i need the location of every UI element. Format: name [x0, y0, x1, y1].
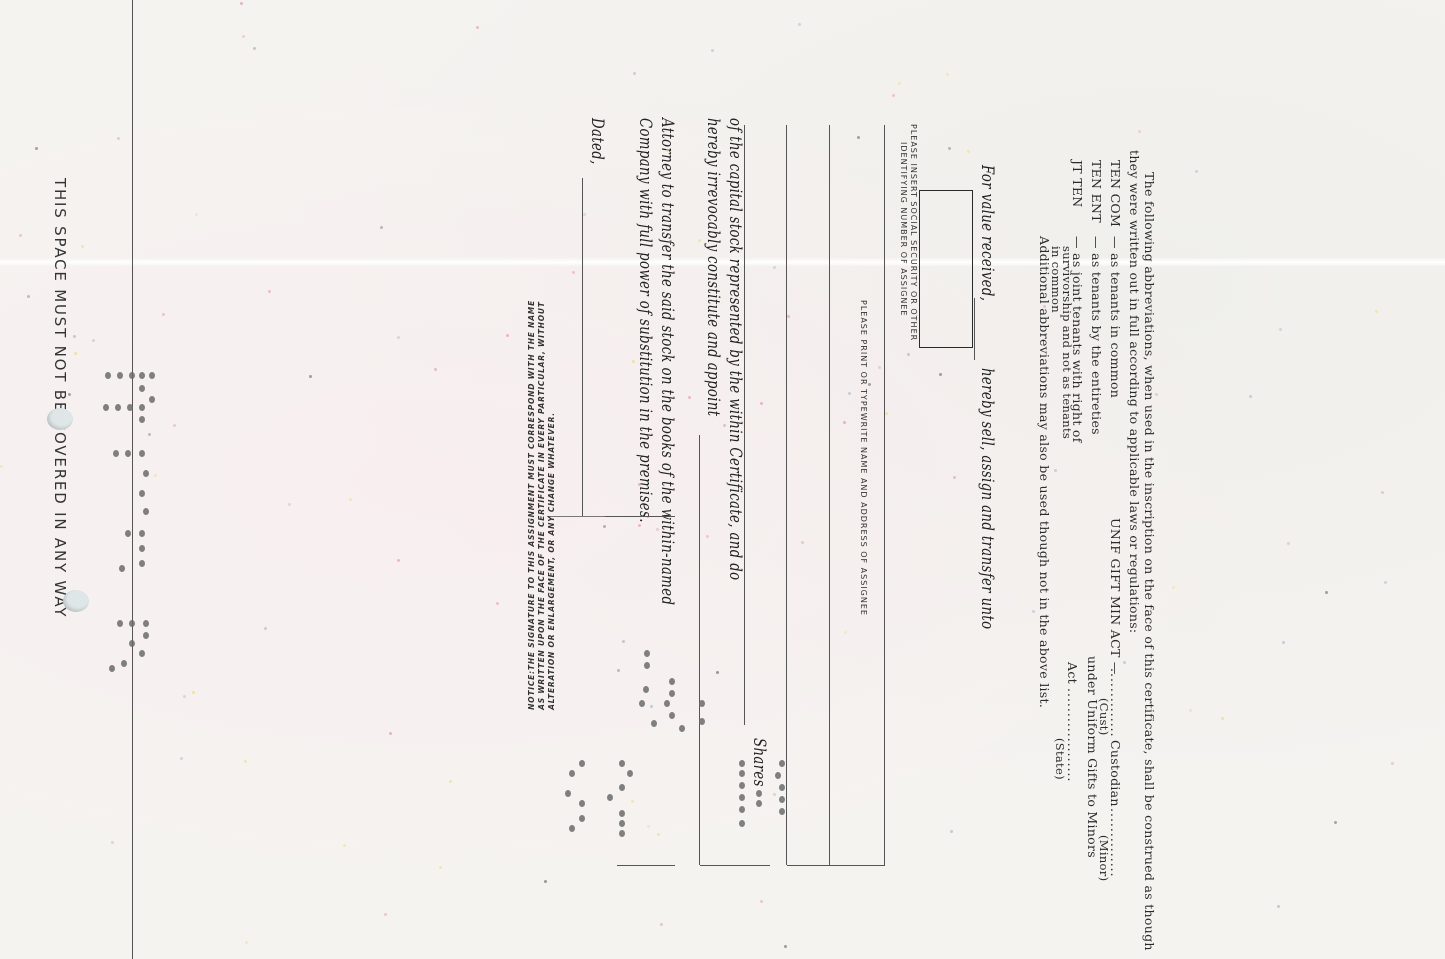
paper-speck	[953, 476, 956, 479]
paper-speck	[647, 825, 650, 828]
paper-speck	[1287, 542, 1290, 545]
notice-line2: AS WRITTEN UPON THE FACE OF THE CERTIFIC…	[537, 300, 547, 710]
scanned-page: The following abbreviations, when used i…	[0, 0, 1445, 959]
paper-speck	[892, 94, 895, 97]
perforation-dot	[109, 665, 115, 672]
paper-speck	[506, 334, 509, 337]
abbr-ten-ent-meaning: — as tenants by the entireties	[1089, 236, 1104, 435]
paper-speck	[162, 313, 165, 316]
perforation-dot	[739, 760, 745, 767]
paper-speck	[397, 559, 400, 562]
perforation-dot	[139, 650, 145, 657]
paper-speck	[1384, 581, 1387, 584]
paper-speck	[843, 421, 846, 424]
abbreviations-intro-line1: The following abbreviations, when used i…	[1142, 172, 1157, 951]
paper-speck	[1334, 821, 1337, 824]
perforation-dot	[149, 396, 155, 403]
perforation-dot	[619, 830, 625, 837]
assignee-name-line-1[interactable]	[884, 125, 885, 865]
perforation-dot	[699, 700, 705, 707]
paper-speck	[632, 360, 635, 363]
paper-speck	[787, 315, 790, 318]
perforation-dot	[643, 686, 649, 693]
perforation-dot	[664, 700, 670, 707]
paper-speck	[73, 335, 76, 338]
name-address-right-rule	[787, 865, 885, 866]
perforation-dot	[775, 772, 781, 779]
paper-speck	[773, 266, 776, 269]
notice-line3: ALTERATION OR ENLARGEMENT, OR ANY CHANGE…	[547, 300, 557, 710]
paper-speck	[384, 913, 387, 916]
notice-line1: THE SIGNATURE TO THIS ASSIGNMENT MUST CO…	[527, 300, 536, 670]
paper-speck	[343, 844, 346, 847]
assignee-ssn-field[interactable]	[919, 190, 973, 348]
perforation-dot	[669, 712, 675, 719]
perforation-dot	[779, 808, 785, 815]
paper-speck	[656, 528, 659, 531]
abbr-ten-com: TEN COM	[1108, 160, 1123, 227]
paper-speck	[264, 627, 267, 630]
perforation-dot	[569, 825, 575, 832]
perforation-dot	[619, 784, 625, 791]
paper-speck	[173, 424, 176, 427]
perforation-dot	[627, 770, 633, 777]
paper-speck	[1032, 610, 1035, 613]
paper-speck	[801, 541, 804, 544]
perforation-dot	[143, 620, 149, 627]
attorney-right-rule	[617, 865, 675, 866]
paper-speck	[711, 49, 714, 52]
assignee-address-line-3[interactable]	[786, 125, 787, 865]
perforation-dot	[607, 794, 613, 801]
shares-label: Shares	[749, 738, 769, 787]
paper-speck	[1375, 310, 1378, 313]
ssn-field-label-line1: PLEASE INSERT SOCIAL SECURITY OR OTHER	[909, 124, 918, 341]
paper-speck	[1282, 641, 1285, 644]
paper-speck	[240, 2, 243, 5]
paper-speck	[0, 465, 3, 468]
paper-speck	[669, 240, 672, 243]
perforation-dot	[139, 404, 145, 411]
perforation-dot	[121, 660, 127, 667]
paper-speck	[760, 402, 763, 405]
paper-speck	[544, 880, 547, 883]
paper-speck	[309, 375, 312, 378]
paper-speck	[253, 47, 256, 50]
perforation-dot	[149, 372, 155, 379]
paper-speck	[476, 26, 479, 29]
for-value-received-blank	[974, 298, 975, 360]
abbr-ten-com-meaning: — as tenants in common	[1108, 236, 1123, 398]
perforation-dot	[143, 470, 149, 477]
paper-speck	[244, 760, 247, 763]
paper-speck	[1138, 130, 1141, 133]
paper-speck	[885, 412, 888, 415]
paper-speck	[245, 941, 248, 944]
paper-speck	[380, 226, 383, 229]
unif-gift-state-caption: (State)	[1053, 738, 1067, 780]
perforation-dot	[739, 782, 745, 789]
perforation-dot	[739, 794, 745, 801]
paper-speck	[1249, 395, 1252, 398]
shares-right-rule	[700, 865, 770, 866]
paper-speck	[268, 290, 271, 293]
paper-speck	[434, 368, 437, 371]
paper-speck	[1391, 762, 1394, 765]
perforation-dot	[125, 450, 131, 457]
perforation-dot	[143, 508, 149, 515]
paper-speck	[617, 669, 620, 672]
paper-speck	[1189, 709, 1192, 712]
paper-speck	[798, 23, 801, 26]
paper-speck	[195, 213, 198, 216]
abbreviations-intro-line2: they were written out in full according …	[1127, 150, 1142, 633]
paper-speck	[35, 147, 38, 150]
dated-label: Dated,	[587, 118, 607, 165]
perforation-dot	[117, 372, 123, 379]
paper-speck	[660, 923, 663, 926]
perforation-dot	[739, 806, 745, 813]
paper-speck	[706, 535, 709, 538]
perforation-dot	[739, 770, 745, 777]
perforation-dot	[139, 372, 145, 379]
unif-gift-act-label: Act	[1065, 662, 1080, 684]
paper-speck	[439, 866, 442, 869]
paper-speck	[19, 234, 22, 237]
perforation-dot	[113, 450, 119, 457]
perforation-dot	[579, 760, 585, 767]
unif-gift-min-act-label: UNIF GIFT MIN ACT —	[1108, 518, 1123, 675]
perforation-dot	[756, 790, 762, 797]
paper-speck	[622, 640, 625, 643]
paper-speck	[631, 800, 634, 803]
perforation-dot	[779, 784, 785, 791]
paper-speck	[572, 271, 575, 274]
paper-speck	[183, 695, 186, 698]
perforation-dot	[669, 690, 675, 697]
paper-speck	[688, 396, 691, 399]
perforation-dot	[756, 800, 762, 807]
paper-speck	[1277, 905, 1280, 908]
perforation-dot	[139, 450, 145, 457]
paper-speck	[180, 757, 183, 760]
perforation-dot	[579, 800, 585, 807]
perforation-dot	[779, 796, 785, 803]
paper-speck	[27, 295, 30, 298]
paper-speck	[698, 239, 701, 242]
perforation-dot	[139, 385, 145, 392]
capital-stock-line: of the capital stock represented by the …	[725, 118, 745, 580]
unif-gift-state-dots: ...................	[1065, 688, 1080, 783]
perforation-dot	[569, 770, 575, 777]
perforation-dot	[139, 416, 145, 423]
sell-assign-transfer-text: hereby sell, assign and transfer unto	[977, 368, 997, 630]
for-value-received-text: For value received,	[977, 165, 997, 301]
paper-speck	[898, 82, 901, 85]
paper-speck	[950, 830, 953, 833]
paper-speck	[633, 72, 636, 75]
paper-speck	[449, 780, 452, 783]
perforation-dot	[103, 404, 109, 411]
paper-speck	[1043, 305, 1046, 308]
perforation-dot	[579, 815, 585, 822]
perforation-dot	[619, 820, 625, 827]
paper-speck	[192, 691, 195, 694]
attorney-name-blank[interactable]	[699, 435, 700, 865]
perforation-dot	[669, 678, 675, 685]
paper-speck	[1195, 170, 1198, 173]
paper-speck	[878, 366, 881, 369]
perforation-dot	[115, 404, 121, 411]
paper-speck	[666, 149, 669, 152]
perforation-dot	[117, 620, 123, 627]
paper-speck	[723, 424, 726, 427]
paper-speck	[583, 213, 586, 216]
paper-speck	[288, 503, 291, 506]
paper-speck	[349, 498, 352, 501]
unif-gift-under-text: under Uniform Gifts to Minors	[1085, 656, 1100, 858]
perforation-dot	[739, 820, 745, 827]
unif-gift-custodian: Custodian	[1108, 740, 1123, 807]
attorney-transfer-line: Attorney to transfer the said stock on t…	[657, 118, 677, 605]
paper-speck	[74, 352, 77, 355]
signature-notice: NOTICE:THE SIGNATURE TO THIS ASSIGNMENT …	[527, 300, 557, 710]
perforation-dot	[139, 560, 145, 567]
perforation-dot	[143, 632, 149, 639]
name-address-label: PLEASE PRINT OR TYPEWRITE NAME AND ADDRE…	[859, 300, 868, 616]
perforation-dot	[139, 490, 145, 497]
perforation-dot	[644, 650, 650, 657]
paper-speck	[1221, 717, 1224, 720]
paper-speck	[857, 136, 860, 139]
notice-title: NOTICE:	[527, 670, 536, 710]
paper-speck	[496, 602, 499, 605]
paper-speck	[907, 353, 910, 356]
paper-speck	[967, 150, 970, 153]
perforation-dot	[679, 725, 685, 732]
paper-speck	[1381, 491, 1384, 494]
dated-blank[interactable]	[582, 178, 583, 516]
punch-hole	[47, 408, 73, 430]
paper-speck	[1123, 661, 1126, 664]
paper-speck	[773, 793, 776, 796]
paper-speck	[946, 73, 949, 76]
perforation-dot	[129, 640, 135, 647]
abbr-ten-ent: TEN ENT	[1089, 160, 1104, 223]
paper-speck	[603, 525, 606, 528]
perforation-dot	[139, 530, 145, 537]
paper-speck	[848, 392, 851, 395]
perforation-dot	[639, 700, 645, 707]
perforation-dot	[139, 545, 145, 552]
margin-border-line	[132, 0, 133, 959]
perforation-dot	[129, 620, 135, 627]
assignee-address-line-2[interactable]	[829, 125, 830, 865]
abbr-jt-ten: JT TEN	[1070, 160, 1085, 208]
paper-speck	[1172, 586, 1175, 589]
paper-speck	[638, 483, 641, 486]
paper-speck	[1054, 469, 1057, 472]
paper-speck	[111, 841, 114, 844]
paper-speck	[784, 945, 787, 948]
perforation-dot	[129, 372, 135, 379]
perforation-dot	[565, 790, 571, 797]
paper-speck	[92, 339, 95, 342]
perforation-dot	[127, 404, 133, 411]
paper-speck	[389, 732, 392, 735]
paper-speck	[868, 383, 871, 386]
ssn-field-label-line2: IDENTIFYING NUMBER OF ASSIGNEE	[899, 142, 908, 317]
paper-speck	[81, 245, 84, 248]
paper-speck	[760, 900, 763, 903]
paper-speck	[1155, 393, 1158, 396]
paper-speck	[948, 147, 951, 150]
perforation-dot	[779, 760, 785, 767]
margin-warning-text: THIS SPACE MUST NOT BE COVERED IN ANY WA…	[51, 178, 69, 618]
irrevocably-appoint-line: hereby irrevocably constitute and appoin…	[703, 118, 723, 416]
paper-speck	[117, 137, 120, 140]
paper-speck	[716, 671, 719, 674]
punch-hole	[63, 590, 89, 612]
paper-speck	[68, 393, 71, 396]
perforation-dot	[651, 720, 657, 727]
perforation-dot	[619, 810, 625, 817]
paper-speck	[939, 373, 942, 376]
perforation-dot	[644, 662, 650, 669]
perforation-dot	[699, 718, 705, 725]
perforation-dot	[119, 565, 125, 572]
paper-speck	[844, 631, 847, 634]
paper-speck	[154, 474, 157, 477]
paper-speck	[1325, 591, 1328, 594]
perforation-dot	[105, 372, 111, 379]
perforation-dot	[125, 530, 131, 537]
perforation-dot	[619, 760, 625, 767]
paper-speck	[657, 833, 660, 836]
paper-speck	[638, 524, 641, 527]
certificate-back-sheet: The following abbreviations, when used i…	[0, 0, 1445, 959]
company-substitution-line: Company with full power of substitution …	[635, 118, 655, 523]
paper-speck	[397, 336, 400, 339]
paper-speck	[148, 433, 151, 436]
paper-speck	[1279, 328, 1282, 331]
paper-speck	[242, 35, 245, 38]
paper-speck	[650, 705, 653, 708]
